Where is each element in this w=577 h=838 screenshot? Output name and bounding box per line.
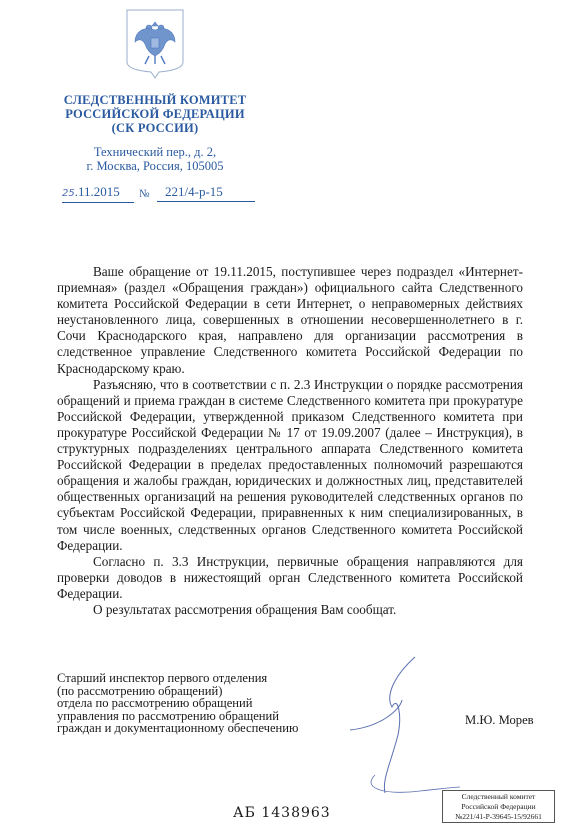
registration-stamp: Следственный комитет Российской Федераци… xyxy=(442,790,555,823)
organization-address: Технический пер., д. 2, г. Москва, Росси… xyxy=(60,145,250,173)
document-date: 25.11.2015 xyxy=(62,184,134,203)
form-serial-number: АБ 1438963 xyxy=(233,805,331,821)
coat-of-arms-icon xyxy=(125,8,185,80)
org-line: СЛЕДСТВЕННЫЙ КОМИТЕТ xyxy=(50,93,260,107)
number-sign: № xyxy=(139,188,150,200)
document-number: 221/4-р-15 xyxy=(157,184,255,202)
stamp-line: №221/41-Р-39645-15/92661 xyxy=(443,812,554,822)
paragraph: Разъясняю, что в соответствии с п. 2.3 И… xyxy=(57,377,523,554)
signatory-title: Старший инспектор первого отделения (по … xyxy=(57,672,298,735)
paragraph: О результатах рассмотрения обращения Вам… xyxy=(57,602,523,618)
paragraph: Ваше обращение от 19.11.2015, поступивше… xyxy=(57,264,523,377)
stamp-line: Российской Федерации xyxy=(443,802,554,812)
title-line: граждан и документационному обеспечению xyxy=(57,722,298,735)
handwritten-day: 25 xyxy=(62,188,75,199)
title-line: отдела по рассмотрению обращений xyxy=(57,697,298,710)
signatory-name: М.Ю. Морев xyxy=(465,713,534,728)
title-line: Старший инспектор первого отделения xyxy=(57,672,298,685)
handwritten-signature-icon xyxy=(340,655,460,795)
address-line: Технический пер., д. 2, xyxy=(60,145,250,159)
address-line: г. Москва, Россия, 105005 xyxy=(60,159,250,173)
paragraph: Согласно п. 3.3 Инструкции, первичные об… xyxy=(57,554,523,602)
letter-body: Ваше обращение от 19.11.2015, поступивше… xyxy=(57,264,523,618)
org-line: (СК РОССИИ) xyxy=(50,121,260,135)
organization-name: СЛЕДСТВЕННЫЙ КОМИТЕТ РОССИЙСКОЙ ФЕДЕРАЦИ… xyxy=(50,93,260,135)
date-month-year: .11.2015 xyxy=(75,184,120,199)
stamp-line: Следственный комитет xyxy=(443,792,554,802)
org-line: РОССИЙСКОЙ ФЕДЕРАЦИИ xyxy=(50,107,260,121)
